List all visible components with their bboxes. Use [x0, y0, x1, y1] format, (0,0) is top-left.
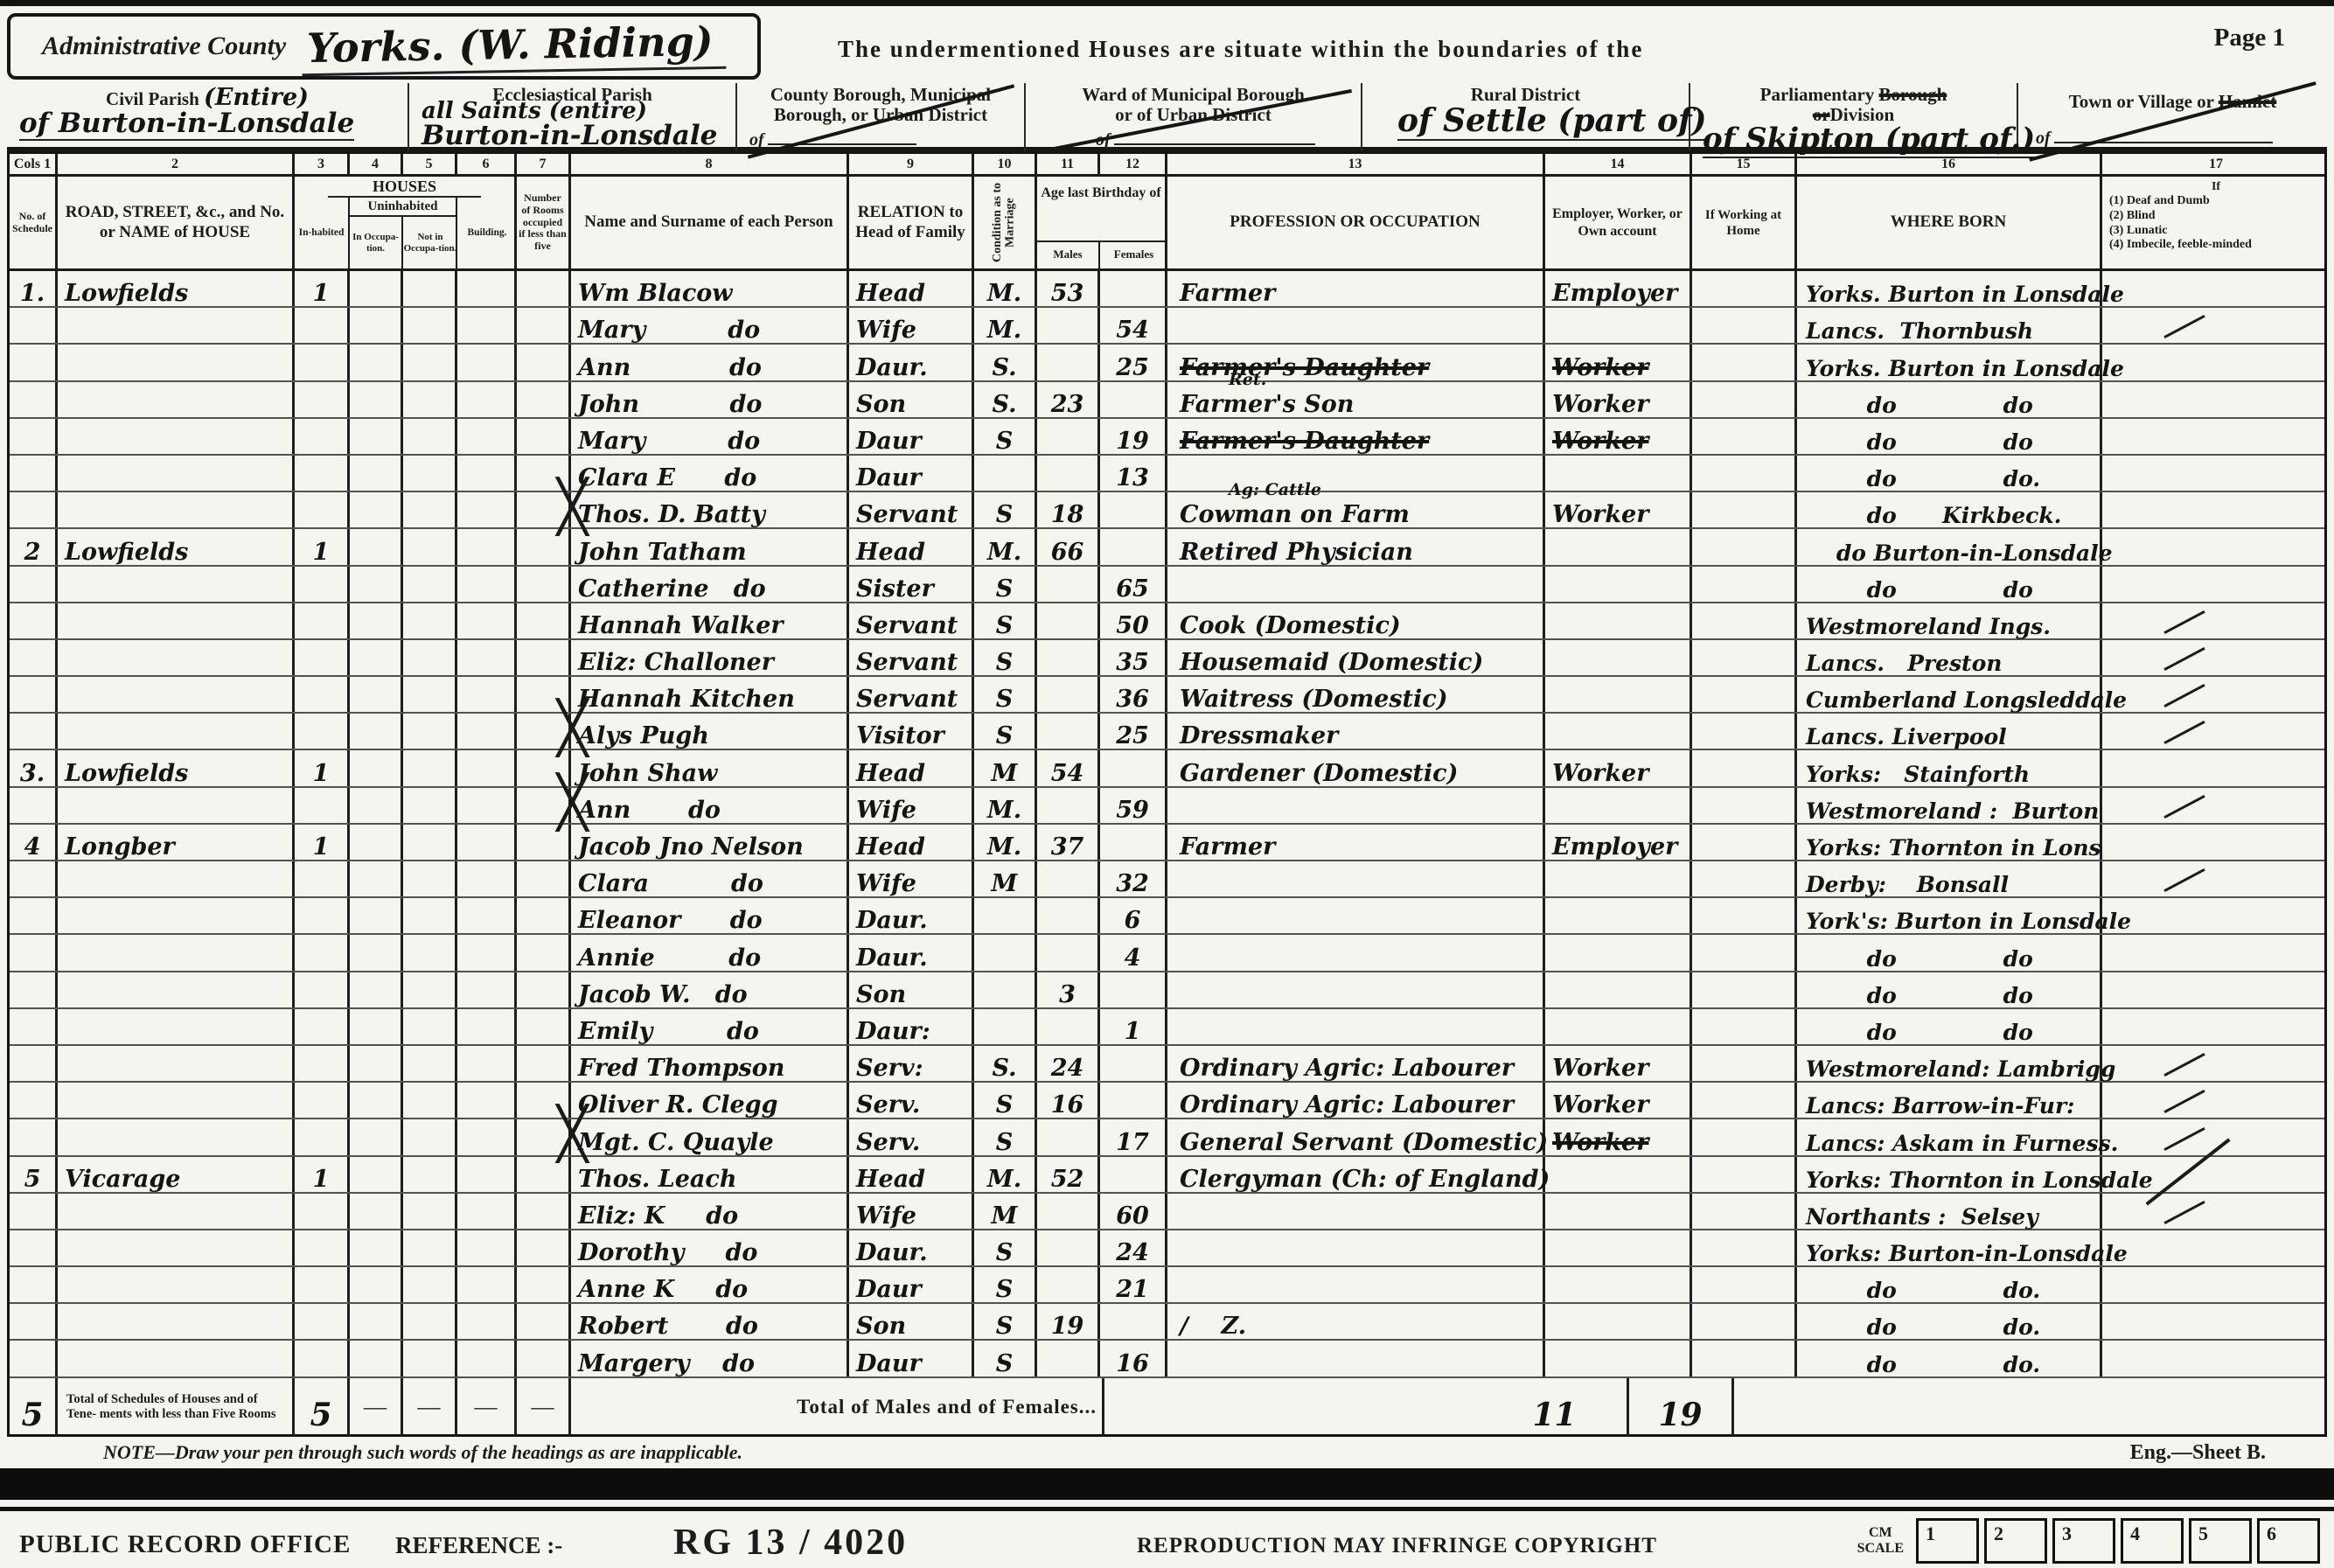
uninhabited-not-occupation-cell [403, 492, 457, 527]
rooms-cell: ╳ [517, 714, 571, 749]
table-row: ╳ John do Son S. 23 Ret.Farmer's Son Wor… [10, 382, 2324, 419]
infirmity-cell [2102, 308, 2330, 343]
rooms-cell: ╳ [517, 1046, 571, 1081]
working-at-home-cell [1692, 603, 1797, 638]
employer-cell: Worker [1545, 1119, 1692, 1154]
age-male-cell: 52 [1037, 1157, 1100, 1192]
scale-box: 5 [2189, 1518, 2252, 1564]
uninhabited-not-occupation-cell [403, 1157, 457, 1192]
working-at-home-cell [1692, 1119, 1797, 1154]
working-at-home-cell [1692, 271, 1797, 306]
inhabited-cell [295, 935, 350, 970]
age-male-cell [1037, 308, 1100, 343]
uninhabited-in-occupation-cell [350, 935, 403, 970]
uninhabited-in-occupation-cell [350, 1157, 403, 1192]
age-male-cell [1037, 898, 1100, 933]
occupation-cell: Retired Physician [1167, 529, 1545, 564]
age-female-cell [1100, 1304, 1167, 1339]
uninhabited-in-occupation-cell [350, 1009, 403, 1044]
schedule-number-cell [10, 640, 58, 675]
household-end-mark: ╳ [557, 777, 588, 828]
where-born-cell: do do [1797, 419, 2102, 454]
administrative-county-box: Administrative County Yorks. (W. Riding) [7, 13, 761, 80]
rooms-cell: ╳ [517, 1194, 571, 1229]
header-where-born: WHERE BORN [1797, 177, 2102, 268]
note-text: NOTE—Draw your pen through such words of… [7, 1441, 742, 1464]
uninhabited-not-occupation-cell [403, 345, 457, 380]
schedule-number-cell [10, 1009, 58, 1044]
uninhabited-in-occupation-cell [350, 750, 403, 785]
table-row: ╳ Clara E do Daur 13 do do. [10, 456, 2324, 492]
rooms-cell: ╳ [517, 1304, 571, 1339]
working-at-home-cell [1692, 1304, 1797, 1339]
infirmity-tick-mark [2163, 647, 2205, 671]
age-male-cell [1037, 419, 1100, 454]
infirmity-cell [2102, 861, 2330, 896]
uninhabited-in-occupation-cell [350, 419, 403, 454]
header-houses-group: HOUSES In-habited Uninhabited In Occupa-… [295, 177, 517, 268]
age-male-cell [1037, 1194, 1100, 1229]
infirmity-cell [2102, 456, 2330, 491]
header-females: Females [1100, 242, 1167, 268]
where-born-cell: Yorks: Burton-in-Lonsdale [1797, 1230, 2102, 1265]
building-cell [457, 492, 517, 527]
footer-band: PUBLIC RECORD OFFICE REFERENCE :- RG 13 … [0, 1511, 2334, 1568]
header-age-group: Age last Birthday of Males Females [1037, 177, 1167, 268]
condition-cell [974, 972, 1037, 1007]
rooms-cell: ╳ [517, 898, 571, 933]
condition-cell [974, 898, 1037, 933]
uninhabited-in-occupation-cell [350, 1119, 403, 1154]
header-relation: RELATION to Head of Family [849, 177, 974, 268]
age-male-cell [1037, 1009, 1100, 1044]
copyright-notice: REPRODUCTION MAY INFRINGE COPYRIGHT [1137, 1534, 1657, 1558]
occupation-cell: Farmer's Daughter [1167, 419, 1545, 454]
header-name-surname: Name and Surname of each Person [571, 177, 849, 268]
inhabited-cell [295, 345, 350, 380]
occupation-cell [1167, 1267, 1545, 1302]
working-at-home-cell [1692, 788, 1797, 823]
age-female-cell: 59 [1100, 788, 1167, 823]
schedule-number-cell [10, 861, 58, 896]
relation-cell: Daur [849, 1341, 974, 1376]
employer-cell: Employer [1545, 271, 1692, 306]
inhabited-cell [295, 492, 350, 527]
building-cell [457, 898, 517, 933]
condition-cell: S. [974, 382, 1037, 417]
occupation-cell: Farmer's Daughter [1167, 345, 1545, 380]
cm-scale: CM SCALE 1 2 3 4 5 6 [1857, 1518, 2325, 1564]
age-male-cell [1037, 935, 1100, 970]
col-number: 11 [1037, 154, 1100, 175]
age-male-cell [1037, 714, 1100, 749]
person-name-cell: Jacob Jno Nelson [571, 825, 849, 860]
person-name-cell: Hannah Kitchen [571, 677, 849, 712]
household-end-mark: ╳ [557, 703, 588, 754]
working-at-home-cell [1692, 308, 1797, 343]
occupation-cell: Farmer [1167, 825, 1545, 860]
person-name-cell: Mary do [571, 308, 849, 343]
inhabited-cell: 1 [295, 1157, 350, 1192]
road-name-cell [58, 382, 295, 417]
condition-cell: M. [974, 788, 1037, 823]
table-row: ╳ Emily do Daur: 1 do do [10, 1009, 2324, 1046]
condition-cell: M [974, 1194, 1037, 1229]
inhabited-cell [295, 382, 350, 417]
employer-cell [1545, 1267, 1692, 1302]
where-born-cell: Yorks. Burton in Lonsdale [1797, 271, 2102, 306]
relation-cell: Wife [849, 308, 974, 343]
employer-cell [1545, 677, 1692, 712]
where-born-cell: Northants : Selsey [1797, 1194, 2102, 1229]
working-at-home-cell [1692, 382, 1797, 417]
rooms-cell: ╳ [517, 345, 571, 380]
working-at-home-cell [1692, 1194, 1797, 1229]
road-name-cell [58, 714, 295, 749]
rooms-cell: ╳ [517, 1009, 571, 1044]
parliamentary-borough-struck: Borough [1879, 84, 1947, 105]
working-at-home-cell [1692, 714, 1797, 749]
where-born-cell: Yorks. Burton in Lonsdale [1797, 345, 2102, 380]
uninhabited-in-occupation-cell [350, 345, 403, 380]
condition-cell: S [974, 1119, 1037, 1154]
infirmity-tick-mark [2163, 721, 2205, 744]
relation-cell: Head [849, 1157, 974, 1192]
condition-cell: S [974, 714, 1037, 749]
road-name-cell: Lowfields [58, 529, 295, 564]
relation-cell: Visitor [849, 714, 974, 749]
relation-cell: Daur. [849, 345, 974, 380]
building-cell [457, 750, 517, 785]
uninhabited-in-occupation-cell [350, 1046, 403, 1081]
person-name-cell: John do [571, 382, 849, 417]
where-born-cell: do do [1797, 1009, 2102, 1044]
table-body: 1. Lowfields 1 ╳ Wm Blacow Head M. 53 Fa… [10, 271, 2324, 1378]
relation-cell: Servant [849, 492, 974, 527]
working-at-home-cell [1692, 1341, 1797, 1376]
infirmity-cell [2102, 492, 2330, 527]
header-rooms: Number of Rooms occupied if less than fi… [517, 177, 571, 268]
schedule-number-cell [10, 1230, 58, 1265]
working-at-home-cell [1692, 640, 1797, 675]
inhabited-cell [295, 1119, 350, 1154]
scale-box: 2 [1984, 1518, 2047, 1564]
age-female-cell: 50 [1100, 603, 1167, 638]
occupation-cell: Waitress (Domestic) [1167, 677, 1545, 712]
age-male-cell: 18 [1037, 492, 1100, 527]
uninhabited-in-occupation-cell [350, 972, 403, 1007]
person-name-cell: Annie do [571, 935, 849, 970]
building-cell [457, 419, 517, 454]
header-employer-worker: Employer, Worker, or Own account [1545, 177, 1692, 268]
where-born-cell: Yorks: Thornton in Lonsdale [1797, 1157, 2102, 1192]
employer-cell: Employer [1545, 825, 1692, 860]
rooms-cell: ╳ [517, 1119, 571, 1154]
age-male-cell: 16 [1037, 1083, 1100, 1118]
where-born-cell: do Kirkbeck. [1797, 492, 2102, 527]
relation-cell: Daur: [849, 1009, 974, 1044]
road-name-cell [58, 603, 295, 638]
employer-cell: Worker [1545, 382, 1692, 417]
employer-cell [1545, 1194, 1692, 1229]
person-name-cell: Mgt. C. Quayle [571, 1119, 849, 1154]
age-male-cell: 24 [1037, 1046, 1100, 1081]
infirmity-tick-mark [2163, 1126, 2205, 1150]
condition-cell: S. [974, 1046, 1037, 1081]
scale-box: 3 [2052, 1518, 2115, 1564]
undermentioned-text: The undermentioned Houses are situate wi… [838, 36, 1957, 63]
age-male-cell: 23 [1037, 382, 1100, 417]
col-number: 5 [403, 154, 457, 175]
uninhabited-in-occupation-cell [350, 567, 403, 602]
age-female-cell: 65 [1100, 567, 1167, 602]
occupation-cell: ∕ Z. [1167, 1304, 1545, 1339]
relation-cell: Wife [849, 788, 974, 823]
header-not-in-occupation: Not in Occupa-tion. [403, 217, 457, 268]
age-male-cell [1037, 677, 1100, 712]
building-cell [457, 1230, 517, 1265]
building-cell [457, 1046, 517, 1081]
working-at-home-cell [1692, 1157, 1797, 1192]
uninhabited-in-occupation-cell [350, 1194, 403, 1229]
county-borough-section: County Borough, Municipal Borough, or Ur… [737, 83, 1026, 154]
uninhabited-in-occupation-cell [350, 714, 403, 749]
where-born-cell: do do. [1797, 456, 2102, 491]
age-male-cell: 37 [1037, 825, 1100, 860]
employer-cell [1545, 1009, 1692, 1044]
administrative-county-value: Yorks. (W. Riding) [302, 17, 727, 75]
rooms-cell: ╳ [517, 972, 571, 1007]
relation-cell: Head [849, 750, 974, 785]
building-cell [457, 640, 517, 675]
table-row: ╳ Clara do Wife M 32 Derby: Bonsall [10, 861, 2324, 898]
infirmity-cell [2102, 567, 2330, 602]
note-band: NOTE—Draw your pen through such words of… [7, 1440, 2327, 1465]
where-born-cell: do do. [1797, 1341, 2102, 1376]
header-road-street: ROAD, STREET, &c., and No. or NAME of HO… [58, 177, 295, 268]
condition-cell: S [974, 677, 1037, 712]
uninhabited-not-occupation-cell [403, 750, 457, 785]
uninhabited-in-occupation-cell [350, 640, 403, 675]
age-female-cell: 21 [1100, 1267, 1167, 1302]
road-name-cell [58, 935, 295, 970]
inhabited-cell [295, 603, 350, 638]
building-cell [457, 825, 517, 860]
age-female-cell: 24 [1100, 1230, 1167, 1265]
employer-cell: Worker [1545, 1083, 1692, 1118]
where-born-cell: Yorks: Stainforth [1797, 750, 2102, 785]
parish-header-band: Civil Parish (Entire) of Burton-in-Lonsd… [7, 83, 2327, 151]
employer-cell [1545, 1304, 1692, 1339]
col-number: 2 [58, 154, 295, 175]
administrative-county-label: Administrative County [42, 31, 286, 61]
total-schedules-value: 5 [10, 1378, 58, 1437]
uninhabited-not-occupation-cell [403, 1341, 457, 1376]
employer-cell: Worker [1545, 492, 1692, 527]
working-at-home-cell [1692, 567, 1797, 602]
road-name-cell: Longber [58, 825, 295, 860]
schedule-number-cell: 3. [10, 750, 58, 785]
relation-cell: Serv: [849, 1046, 974, 1081]
relation-cell: Serv. [849, 1083, 974, 1118]
col-number: 15 [1692, 154, 1797, 175]
uninhabited-not-occupation-cell [403, 677, 457, 712]
inhabited-cell [295, 788, 350, 823]
condition-cell: M. [974, 271, 1037, 306]
person-name-cell: Eleanor do [571, 898, 849, 933]
road-name-cell [58, 1267, 295, 1302]
total-inhabited-value: 5 [295, 1378, 350, 1437]
where-born-cell: do do [1797, 382, 2102, 417]
relation-cell: Serv. [849, 1119, 974, 1154]
relation-cell: Servant [849, 677, 974, 712]
age-female-cell: 19 [1100, 419, 1167, 454]
age-female-cell [1100, 1083, 1167, 1118]
scale-label-scale: SCALE [1857, 1541, 1904, 1556]
employer-cell: Worker [1545, 345, 1692, 380]
working-at-home-cell [1692, 972, 1797, 1007]
employer-cell [1545, 788, 1692, 823]
relation-cell: Servant [849, 603, 974, 638]
building-cell [457, 677, 517, 712]
road-name-cell [58, 1083, 295, 1118]
table-row: ╳ Ann do Daur. S. 25 Farmer's Daughter W… [10, 345, 2324, 381]
table-row: ╳ Margery do Daur S 16 do do. [10, 1341, 2324, 1377]
occupation-cell: Ret.Farmer's Son [1167, 382, 1545, 417]
occupation-cell [1167, 1009, 1545, 1044]
infirmity-cell [2102, 1230, 2330, 1265]
where-born-cell: Lancs. Liverpool [1797, 714, 2102, 749]
inhabited-cell [295, 1267, 350, 1302]
uninhabited-not-occupation-cell [403, 567, 457, 602]
table-row: ╳ Hannah Walker Servant S 50 Cook (Domes… [10, 603, 2324, 640]
uninhabited-not-occupation-cell [403, 419, 457, 454]
infirmity-cell [2102, 972, 2330, 1007]
where-born-cell: Westmoreland : Burton [1797, 788, 2102, 823]
schedule-number-cell [10, 972, 58, 1007]
uninhabited-in-occupation-cell [350, 1267, 403, 1302]
age-female-cell [1100, 382, 1167, 417]
schedule-number-cell [10, 1046, 58, 1081]
building-cell [457, 972, 517, 1007]
rooms-cell: ╳ [517, 1230, 571, 1265]
person-name-cell: Dorothy do [571, 1230, 849, 1265]
occupation-cell: Ordinary Agric: Labourer [1167, 1046, 1545, 1081]
occupation-cell: Gardener (Domestic) [1167, 750, 1545, 785]
person-name-cell: Robert do [571, 1304, 849, 1339]
working-at-home-cell [1692, 1267, 1797, 1302]
occupation-cell [1167, 1194, 1545, 1229]
scale-box: 6 [2257, 1518, 2320, 1564]
uninhabited-not-occupation-cell [403, 308, 457, 343]
header-in-occupation: In Occupa-tion. [350, 217, 403, 268]
uninhabited-not-occupation-cell [403, 382, 457, 417]
road-name-cell [58, 677, 295, 712]
person-name-cell: Mary do [571, 419, 849, 454]
infirmity-cell [2102, 640, 2330, 675]
col-number: 10 [974, 154, 1037, 175]
where-born-cell: Cumberland Longsleddale [1797, 677, 2102, 712]
uninhabited-not-occupation-cell [403, 1230, 457, 1265]
header-uninhabited: Uninhabited [350, 198, 456, 217]
schedule-number-cell [10, 492, 58, 527]
person-name-cell: Clara do [571, 861, 849, 896]
employer-cell [1545, 308, 1692, 343]
condition-cell: M [974, 861, 1037, 896]
relation-cell: Sister [849, 567, 974, 602]
infirmity-cell [2102, 1157, 2330, 1192]
working-at-home-cell [1692, 861, 1797, 896]
public-record-office-label: PUBLIC RECORD OFFICE [19, 1530, 351, 1559]
condition-cell [974, 1009, 1037, 1044]
building-cell [457, 456, 517, 491]
uninhabited-in-occupation-cell [350, 529, 403, 564]
age-male-cell: 19 [1037, 1304, 1100, 1339]
inhabited-cell [295, 1304, 350, 1339]
rural-district-value: of Settle (part of) [1362, 105, 1689, 136]
condition-cell: S [974, 1304, 1037, 1339]
person-name-cell: Margery do [571, 1341, 849, 1376]
road-name-cell [58, 1341, 295, 1376]
where-born-cell: Westmoreland Ings. [1797, 603, 2102, 638]
age-male-cell [1037, 603, 1100, 638]
uninhabited-not-occupation-cell [403, 788, 457, 823]
infirmity-tick-mark [2163, 868, 2205, 892]
rooms-cell: ╳ [517, 271, 571, 306]
infirmity-cell [2102, 750, 2330, 785]
age-male-cell: 53 [1037, 271, 1100, 306]
working-at-home-cell [1692, 1230, 1797, 1265]
infirmity-tick-mark [2163, 315, 2205, 338]
relation-cell: Head [849, 271, 974, 306]
occupation-cell: Cook (Domestic) [1167, 603, 1545, 638]
age-male-cell [1037, 1119, 1100, 1154]
relation-cell: Son [849, 382, 974, 417]
building-cell [457, 935, 517, 970]
relation-cell: Son [849, 1304, 974, 1339]
employer-cell [1545, 861, 1692, 896]
building-cell [457, 271, 517, 306]
working-at-home-cell [1692, 935, 1797, 970]
black-separator-band [0, 1468, 2334, 1500]
person-name-cell: Ann do [571, 788, 849, 823]
ecclesiastical-parish-section: Ecclesiastical Parish all Saints (entire… [409, 83, 737, 154]
condition-cell: M. [974, 308, 1037, 343]
col-number: 6 [457, 154, 517, 175]
where-born-cell: Derby: Bonsall [1797, 861, 2102, 896]
schedule-number-cell [10, 788, 58, 823]
table-row: ╳ Jacob W. do Son 3 do do [10, 972, 2324, 1009]
condition-cell: M. [974, 1157, 1037, 1192]
rooms-cell: ╳ [517, 603, 571, 638]
where-born-cell: York's: Burton in Lonsdale [1797, 898, 2102, 933]
col-number: 4 [350, 154, 403, 175]
inhabited-cell [295, 1083, 350, 1118]
where-born-cell: do do [1797, 972, 2102, 1007]
where-born-cell: Lancs: Askam in Furness. [1797, 1119, 2102, 1154]
table-row: ╳ Annie do Daur. 4 do do [10, 935, 2324, 972]
inhabited-cell [295, 861, 350, 896]
employer-cell [1545, 567, 1692, 602]
occupation-cell: Ag: CattleCowman on Farm [1167, 492, 1545, 527]
building-cell [457, 1267, 517, 1302]
working-at-home-cell [1692, 492, 1797, 527]
schedule-number-cell: 1. [10, 271, 58, 306]
header-infirmity: If (1) Deaf and Dumb (2) Blind (3) Lunat… [2102, 177, 2330, 268]
ward-label-line1: Ward of Municipal Borough [1082, 84, 1305, 105]
employer-cell: Worker [1545, 1046, 1692, 1081]
total-dash: — [517, 1378, 571, 1437]
